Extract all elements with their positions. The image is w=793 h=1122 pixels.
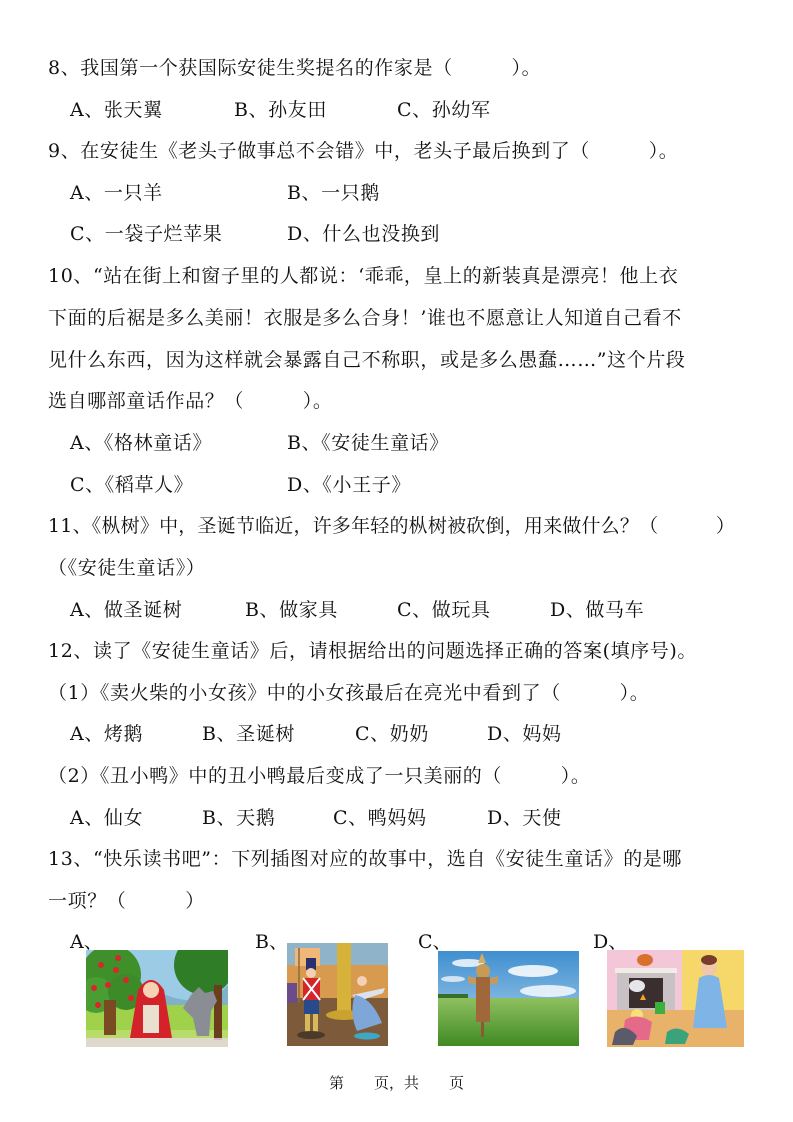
question-8-option-b: B、孙友田 (234, 98, 327, 122)
picture-a-red-riding-hood (86, 950, 228, 1047)
question-9-option-d: D、什么也没换到 (287, 222, 440, 246)
scarecrow-field-photo-icon (438, 951, 579, 1046)
question-8-option-a: A、张天翼 (70, 98, 163, 122)
question-11-option-c: C、做玩具 (397, 598, 491, 622)
question-11-stem-line-1: 11、《枞树》中，圣诞节临近，许多年轻的枞树被砍倒，用来做什么？（ ） (48, 514, 735, 538)
question-13-stem-line-1: 13、“快乐读书吧”：下列插图对应的故事中，选自《安徒生童话》的是哪 (48, 847, 682, 871)
question-11-option-b: B、做家具 (245, 598, 338, 622)
question-11-option-a: A、做圣诞树 (70, 598, 182, 622)
question-11-stem-line-2: （《安徒生童话》） (48, 556, 205, 580)
question-11-option-d: D、做马车 (550, 598, 644, 622)
question-12-sub1-stem: （1）《卖火柴的小女孩》中的小女孩最后在亮光中看到了（ ）。 (48, 681, 649, 705)
question-8-option-c: C、孙幼军 (397, 98, 491, 122)
question-9-option-c: C、一袋子烂苹果 (70, 222, 222, 246)
question-8-stem: 8、我国第一个获国际安徒生奖提名的作家是（ ）。 (48, 56, 541, 80)
picture-c-scarecrow (438, 951, 579, 1046)
question-12-sub1-option-a: A、烤鹅 (70, 722, 143, 746)
question-10-stem-line-4: 选自哪部童话作品？（ ）。 (48, 389, 333, 413)
picture-d-cinderella (607, 950, 744, 1047)
question-10-option-b: B、《安徒生童话》 (287, 431, 449, 455)
tin-soldier-illustration-icon (287, 943, 388, 1046)
question-10-option-d: D、《小王子》 (287, 473, 411, 497)
red-riding-hood-illustration-icon (86, 950, 228, 1047)
question-12-sub1-option-c: C、奶奶 (355, 722, 429, 746)
question-10-stem-line-1: 10、“站在街上和窗子里的人都说：‘乖乖，皇上的新装真是漂亮！他上衣 (48, 264, 678, 288)
question-10-stem-line-3: 见什么东西，因为这样就会暴露自己不称职，或是多么愚蠢……”这个片段 (48, 348, 686, 372)
question-9-option-b: B、一只鹅 (287, 181, 380, 205)
page-footer: 第 页，共 页 (0, 1072, 793, 1093)
picture-b-tin-soldier (287, 943, 388, 1046)
question-10-option-a: A、《格林童话》 (70, 431, 212, 455)
question-12-sub1-option-b: B、圣诞树 (202, 722, 295, 746)
question-12-sub2-stem: （2）《丑小鸭》中的丑小鸭最后变成了一只美丽的（ ）。 (48, 764, 591, 788)
picture-b-label: B、 (255, 930, 288, 954)
question-12-sub2-option-a: A、仙女 (70, 806, 143, 830)
question-12-sub2-option-d: D、天使 (487, 806, 562, 830)
question-12-sub1-option-d: D、妈妈 (487, 722, 562, 746)
question-9-option-a: A、一只羊 (70, 181, 163, 205)
question-10-option-c: C、《稻草人》 (70, 473, 193, 497)
question-13-stem-line-2: 一项？（ ） (48, 889, 205, 913)
question-10-stem-line-2: 下面的后裾是多么美丽！衣服是多么合身！’谁也不愿意让人知道自己看不 (48, 306, 682, 330)
question-9-stem: 9、在安徒生《老头子做事总不会错》中，老头子最后换到了（ ）。 (48, 139, 678, 163)
question-12-sub2-option-b: B、天鹅 (202, 806, 275, 830)
question-12-stem: 12、读了《安徒生童话》后，请根据给出的问题选择正确的答案(填序号)。 (48, 639, 697, 663)
question-12-sub2-option-c: C、鸭妈妈 (333, 806, 427, 830)
cinderella-illustration-icon (607, 950, 744, 1047)
